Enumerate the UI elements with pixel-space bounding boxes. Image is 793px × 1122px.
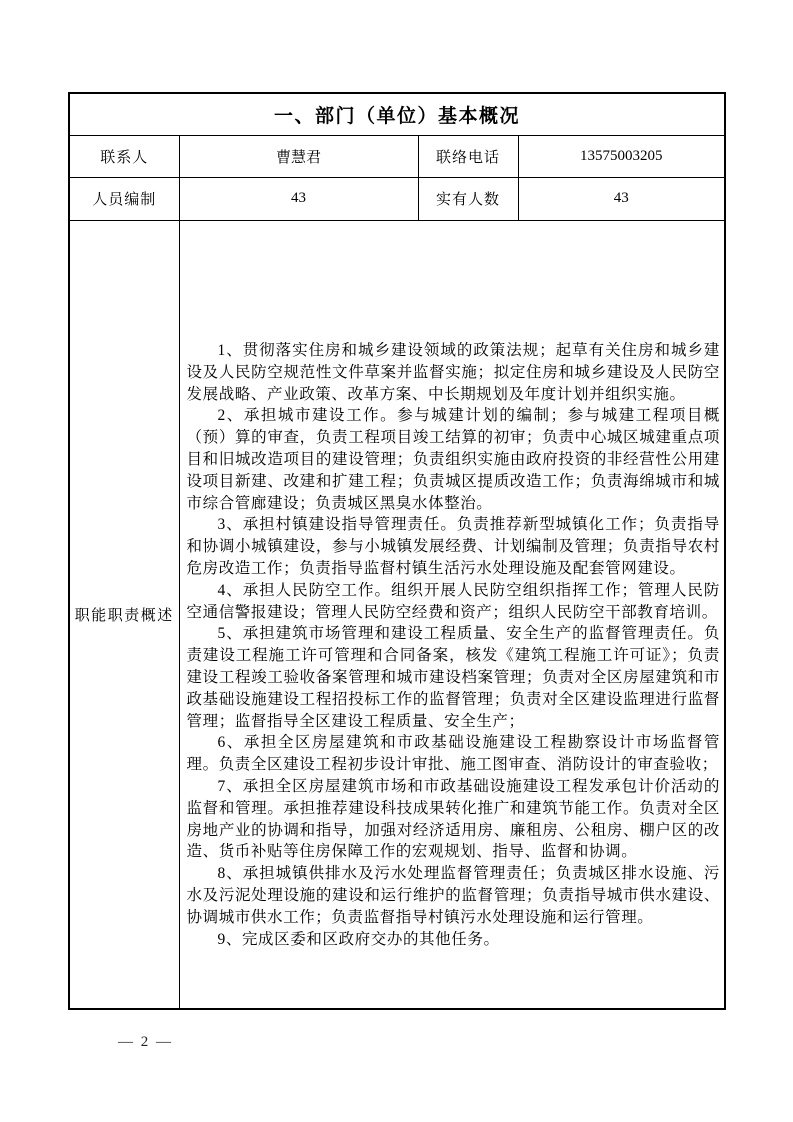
duty-paragraph-3: 3、承担村镇建设指导管理责任。负责推荐新型城镇化工作；负责指导和协调小城镇建设，… [187, 514, 721, 579]
duty-paragraph-1: 1、贯彻落实住房和城乡建设领域的政策法规；起草有关住房和城乡建设及人民防空规范性… [187, 340, 721, 405]
duty-paragraph-6: 6、承担全区房屋建筑和市政基础设施建设工程勘察设计市场监督管理。负责全区建设工程… [187, 732, 721, 776]
duties-row: 职能职责概述 1、贯彻落实住房和城乡建设领域的政策法规；起草有关住房和城乡建设及… [69, 220, 725, 1009]
duties-label: 职能职责概述 [69, 220, 179, 1009]
contact-row: 联系人 曹慧君 联络电话 13575003205 [69, 135, 725, 177]
duty-paragraph-9: 9、完成区委和区政府交办的其他任务。 [187, 929, 721, 951]
actual-headcount-label: 实有人数 [418, 177, 518, 220]
duties-content: 1、贯彻落实住房和城乡建设领域的政策法规；起草有关住房和城乡建设及人民防空规范性… [179, 220, 725, 1009]
authorized-staff-label: 人员编制 [69, 177, 179, 220]
document-page: 一、部门（单位）基本概况 联系人 曹慧君 联络电话 13575003205 人员… [0, 0, 793, 1122]
contact-person-label: 联系人 [69, 135, 179, 177]
contact-phone-value: 13575003205 [518, 135, 725, 177]
duty-paragraph-5: 5、承担建筑市场管理和建设工程质量、安全生产的监督管理责任。负责建设工程施工许可… [187, 623, 721, 732]
actual-headcount-value: 43 [518, 177, 725, 220]
basic-info-table: 一、部门（单位）基本概况 联系人 曹慧君 联络电话 13575003205 人员… [68, 92, 726, 1010]
duty-paragraph-7: 7、承担全区房屋建筑市场和市政基础设施建设工程发承包计价活动的监督和管理。承担推… [187, 776, 721, 863]
table-title: 一、部门（单位）基本概况 [69, 93, 725, 135]
duty-paragraph-2: 2、承担城市建设工作。参与城建计划的编制；参与城建工程项目概（预）算的审查，负责… [187, 405, 721, 514]
contact-person-value: 曹慧君 [179, 135, 418, 177]
authorized-staff-value: 43 [179, 177, 418, 220]
duty-paragraph-4: 4、承担人民防空工作。组织开展人民防空组织指挥工作；管理人民防空通信警报建设；管… [187, 580, 721, 624]
staffing-row: 人员编制 43 实有人数 43 [69, 177, 725, 220]
duty-paragraph-8: 8、承担城镇供排水及污水处理监督管理责任；负责城区排水设施、污水及污泥处理设施的… [187, 863, 721, 928]
contact-phone-label: 联络电话 [418, 135, 518, 177]
table-title-row: 一、部门（单位）基本概况 [69, 93, 725, 135]
page-number: — 2 — [118, 1034, 173, 1051]
